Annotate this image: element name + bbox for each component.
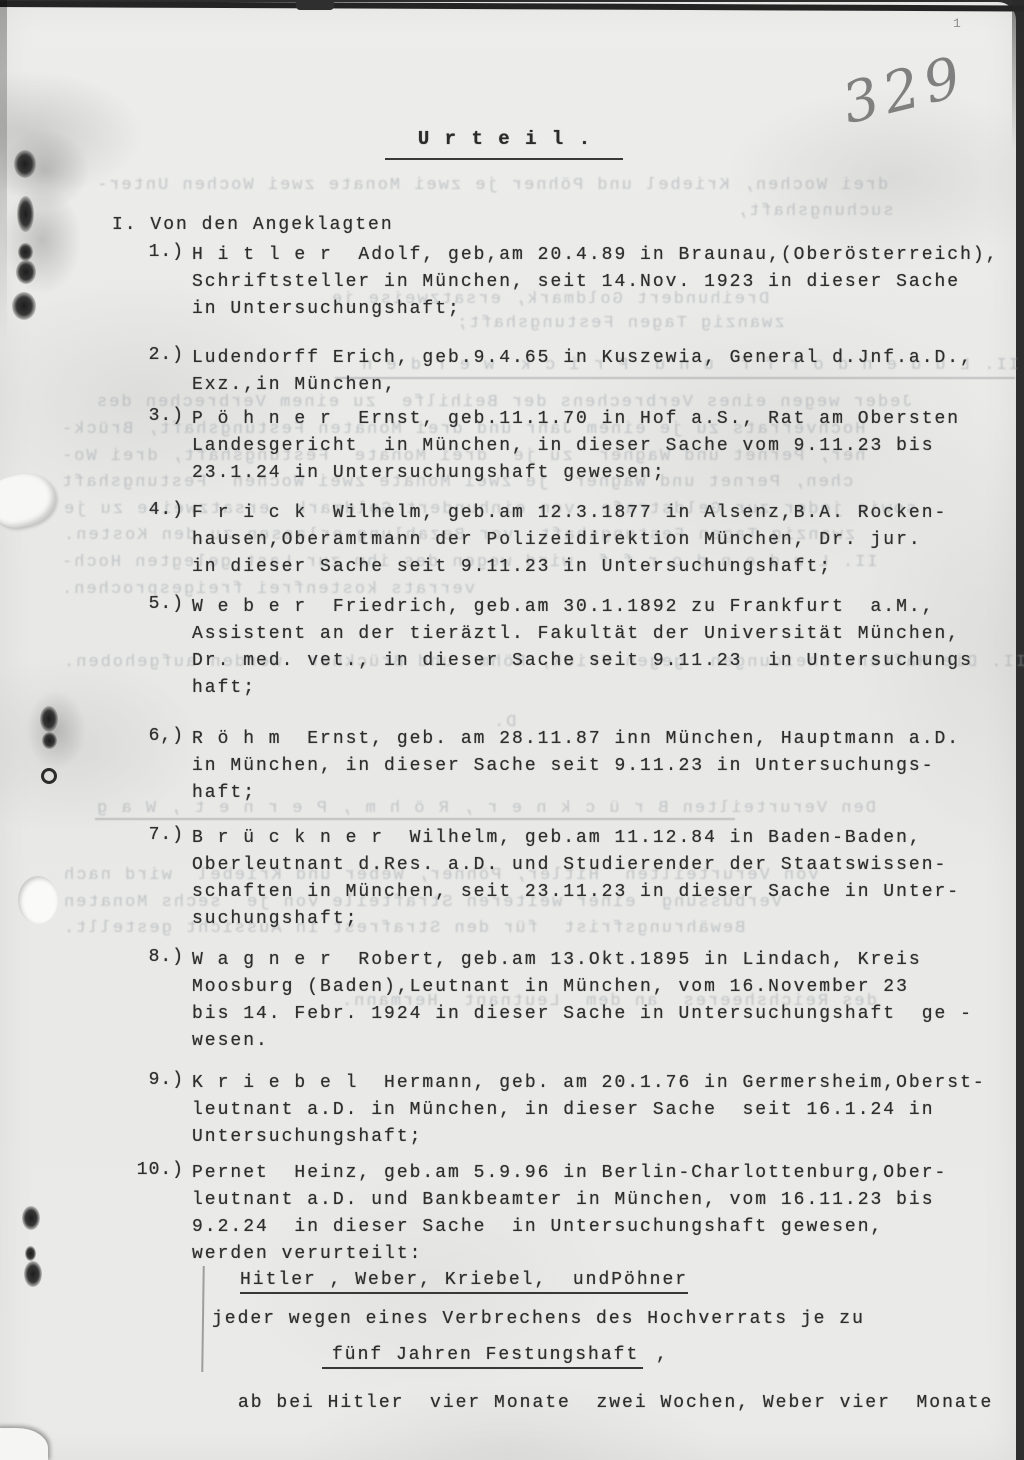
defendant-number: 6,) — [104, 726, 184, 746]
defendant-text-line: Ludendorff Erich, geb.9.4.65 in Kuszewia… — [192, 345, 1016, 372]
ink-blot — [16, 260, 36, 284]
defendant-number: 10.) — [104, 1160, 184, 1180]
defendant-text-line: B r ü c k n e r Wilhelm, geb.am 11.12.84… — [192, 825, 1016, 852]
title-text: U r t e i l . — [418, 128, 592, 150]
defendant-text-line: in dieser Sache seit 9.11.23 in Untersuc… — [192, 554, 1016, 581]
verdict-names-underlined: Hitler , Weber, Kriebel, undPöhner — [240, 1270, 688, 1294]
defendant-text-line: K r i e b e l Hermann, geb. am 20.1.76 i… — [192, 1070, 1016, 1097]
defendant-text-line: Oberleutnant d.Res. a.D. und Studierende… — [192, 852, 1016, 879]
defendant-text: W e b e r Friedrich, geb.am 30.1.1892 zu… — [192, 594, 1016, 702]
verdict-names-line: Hitler , Weber, Kriebel, undPöhner — [240, 1267, 688, 1294]
defendant-number: 1.) — [104, 242, 184, 262]
defendant-text: Pernet Heinz, geb.am 5.9.96 in Berlin-Ch… — [192, 1160, 1016, 1268]
scan-right-edge — [1012, 0, 1024, 150]
defendant-text: F r i c k Wilhelm, geb.am 12.3.1877 in A… — [192, 500, 1016, 581]
ink-smudge-halo — [2, 185, 82, 295]
defendant-text-line: Assistent an der tieräztl. Fakultät der … — [192, 621, 1016, 648]
ink-smudge-halo — [26, 690, 86, 770]
defendant-text-line: hausen,Oberamtmann der Polizeidirektion … — [192, 527, 1016, 554]
defendant-text-line: Moosburg (Baden),Leutnant in München, vo… — [192, 974, 1016, 1001]
bleedthrough-text: drei Wochen, Kriebel und Pöhner je zwei … — [95, 176, 888, 195]
defendant-text-line: Exz.,in München, — [192, 372, 1016, 399]
defendant-text-line: werden verurteilt: — [192, 1241, 1016, 1268]
ink-ring — [41, 768, 57, 784]
corner-mark: 1 — [953, 16, 961, 31]
section-heading: I. Von den Angeklagten — [112, 212, 394, 239]
ink-blot — [14, 150, 36, 178]
title-underline — [385, 158, 623, 160]
bleedthrough-text: suchungshaft, — [735, 202, 894, 221]
hole-punch — [18, 876, 58, 924]
verdict-penalty-line: fünf Jahren Festungshaft , — [322, 1342, 669, 1369]
defendant-number: 7.) — [104, 825, 184, 845]
defendant-text-line: bis 14. Febr. 1924 in dieser Sache in Un… — [192, 1001, 1016, 1028]
defendant-text-line: suchungshaft; — [192, 906, 1016, 933]
ink-blot — [40, 706, 58, 732]
defendant-number: 4.) — [104, 500, 184, 520]
defendant-text-line: haft; — [192, 675, 1016, 702]
defendant-text-line: in Untersuchungshaft; — [192, 296, 1016, 323]
bleedthrough-underline — [95, 818, 735, 820]
defendant-text: K r i e b e l Hermann, geb. am 20.1.76 i… — [192, 1070, 1016, 1151]
defendant-text-line: in München, in dieser Sache seit 9.11.23… — [192, 753, 1016, 780]
defendant-text-line: Dr. med. vet., in dieser Sache seit 9.11… — [192, 648, 1016, 675]
defendant-text-line: Pernet Heinz, geb.am 5.9.96 in Berlin-Ch… — [192, 1160, 1016, 1187]
defendant-text-line: 9.2.24 in dieser Sache in Untersuchungsh… — [192, 1214, 1016, 1241]
document-title: U r t e i l . — [385, 128, 625, 150]
defendant-text-line: schaften in München, seit 23.11.23 in di… — [192, 879, 1016, 906]
verdict-credit-line: ab bei Hitler vier Monate zwei Wochen, W… — [238, 1390, 993, 1417]
ink-blot — [18, 243, 33, 261]
defendant-text: Ludendorff Erich, geb.9.4.65 in Kuszewia… — [192, 345, 1016, 399]
verdict-penalty-underlined: fünf Jahren Festungshaft — [322, 1345, 643, 1369]
defendant-text-line: leutnant a.D. und Bankbeamter in München… — [192, 1187, 1016, 1214]
defendant-text-line: Schriftsteller in München, seit 14.Nov. … — [192, 269, 1016, 296]
ink-blot — [12, 292, 36, 320]
ink-blot — [24, 1261, 42, 1287]
ink-blot — [25, 1246, 36, 1261]
defendant-text-line: R ö h m Ernst, geb. am 28.11.87 inn Münc… — [192, 726, 1016, 753]
defendant-text-line: leutnant a.D. in München, in dieser Sach… — [192, 1097, 1016, 1124]
defendant-text-line: wesen. — [192, 1028, 1016, 1055]
verdict-penalty-suffix: , — [643, 1345, 669, 1365]
defendant-text-line: Landesgericht in München, in dieser Sach… — [192, 433, 1016, 460]
defendant-text-line: Untersuchungshaft; — [192, 1124, 1016, 1151]
ink-blot — [22, 1206, 40, 1230]
defendant-text: B r ü c k n e r Wilhelm, geb.am 11.12.84… — [192, 825, 1016, 933]
paper-tab — [296, 0, 334, 10]
ink-blot — [17, 196, 34, 232]
defendant-text-line: H i t l e r Adolf, geb,am 20.4.89 in Bra… — [192, 242, 1016, 269]
defendant-text-line: F r i c k Wilhelm, geb.am 12.3.1877 in A… — [192, 500, 1016, 527]
defendant-text: R ö h m Ernst, geb. am 28.11.87 inn Münc… — [192, 726, 1016, 807]
defendant-text-line: P ö h n e r Ernst, geb.11.1.70 in Hof a.… — [192, 406, 1016, 433]
defendant-number: 2.) — [104, 345, 184, 365]
defendant-number: 3.) — [104, 406, 184, 426]
defendant-text-line: haft; — [192, 780, 1016, 807]
scanned-document-page: { "page": { "handwritten_number": "329",… — [0, 0, 1024, 1460]
defendant-number: 8.) — [104, 947, 184, 967]
defendant-text-line: W a g n e r Robert, geb.am 13.Okt.1895 i… — [192, 947, 1016, 974]
defendant-text: H i t l e r Adolf, geb,am 20.4.89 in Bra… — [192, 242, 1016, 323]
defendant-text: W a g n e r Robert, geb.am 13.Okt.1895 i… — [192, 947, 1016, 1055]
defendant-number: 9.) — [104, 1070, 184, 1090]
defendant-text: P ö h n e r Ernst, geb.11.1.70 in Hof a.… — [192, 406, 1016, 487]
defendant-number: 5.) — [104, 594, 184, 614]
defendant-text-line: 23.1.24 in Untersuchungshaft gewesen; — [192, 460, 1016, 487]
defendant-text-line: W e b e r Friedrich, geb.am 30.1.1892 zu… — [192, 594, 1016, 621]
ink-blot — [42, 732, 57, 749]
verdict-reason-line: jeder wegen eines Verbrechens des Hochve… — [212, 1306, 865, 1333]
